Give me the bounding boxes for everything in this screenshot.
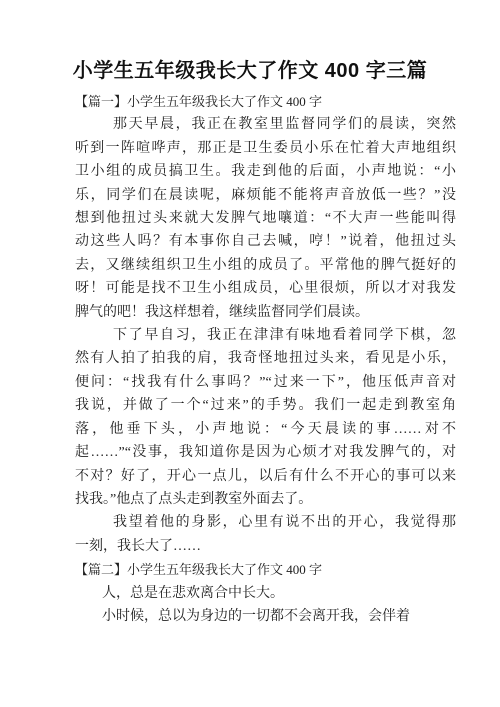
text-line: 便问：“找我有什么事吗？”“过来一下”，他压低声音对 xyxy=(75,371,456,394)
text-line: 不对？好了，开心一点儿，以后有什么不开心的事可以来 xyxy=(75,465,456,488)
text-line: 听到一阵喧哗声，那正是卫生委员小乐在忙着大声地组织 xyxy=(75,137,456,160)
text-line: 那天早晨，我正在教室里监督同学们的晨读，突然 xyxy=(75,113,456,136)
text-line: 去，又继续组织卫生小组的成员了。平常他的脾气挺好的 xyxy=(75,254,456,277)
text-line: 找我。”他点了点头走到教室外面去了。 xyxy=(75,488,456,511)
section-header: 【篇一】小学生五年级我长大了作文 400 字 xyxy=(75,90,456,113)
text-line: 人，总是在悲欢离合中长大。 xyxy=(75,582,456,605)
text-line: 脾气的吧！我这样想着，继续监督同学们晨读。 xyxy=(75,301,456,324)
text-line: 我说，并做了一个“过来”的手势。我们一起走到教室角 xyxy=(75,394,456,417)
text-line: 落，他垂下头，小声地说：“今天晨读的事……对不 xyxy=(75,418,456,441)
document-title: 小学生五年级我长大了作文 400 字三篇 xyxy=(0,0,500,86)
text-line: 呀！可能是找不卫生小组成员，心里很烦，所以才对我发 xyxy=(75,277,456,300)
text-line: 小时候，总以为身边的一切都不会离开我，会伴着 xyxy=(75,605,456,628)
text-line: 起……”“没事，我知道你是因为心烦才对我发脾气的，对 xyxy=(75,441,456,464)
text-line: 卫小组的成员搞卫生。我走到他的后面，小声地说：“小 xyxy=(75,160,456,183)
document-page: 小学生五年级我长大了作文 400 字三篇 【篇一】小学生五年级我长大了作文 40… xyxy=(0,0,500,707)
text-line: 动这些人吗？有本事你自己去喊，哼！”说着，他扭过头 xyxy=(75,230,456,253)
text-line: 我望着他的身影，心里有说不出的开心，我觉得那 xyxy=(75,511,456,534)
section-header: 【篇二】小学生五年级我长大了作文 400 字 xyxy=(75,558,456,581)
text-line: 乐，同学们在晨读呢，麻烦能不能将声音放低一些？”没 xyxy=(75,184,456,207)
text-line: 下了早自习，我正在津津有味地看着同学下棋，忽 xyxy=(75,324,456,347)
text-line: 然有人拍了拍我的肩，我奇怪地扭过头来，看见是小乐， xyxy=(75,347,456,370)
text-line: 想到他扭过头来就大发脾气地嚷道：“不大声一些能叫得 xyxy=(75,207,456,230)
text-column: 【篇一】小学生五年级我长大了作文 400 字那天早晨，我正在教室里监督同学们的晨… xyxy=(75,90,456,628)
text-line: 一刻，我长大了…… xyxy=(75,535,456,558)
